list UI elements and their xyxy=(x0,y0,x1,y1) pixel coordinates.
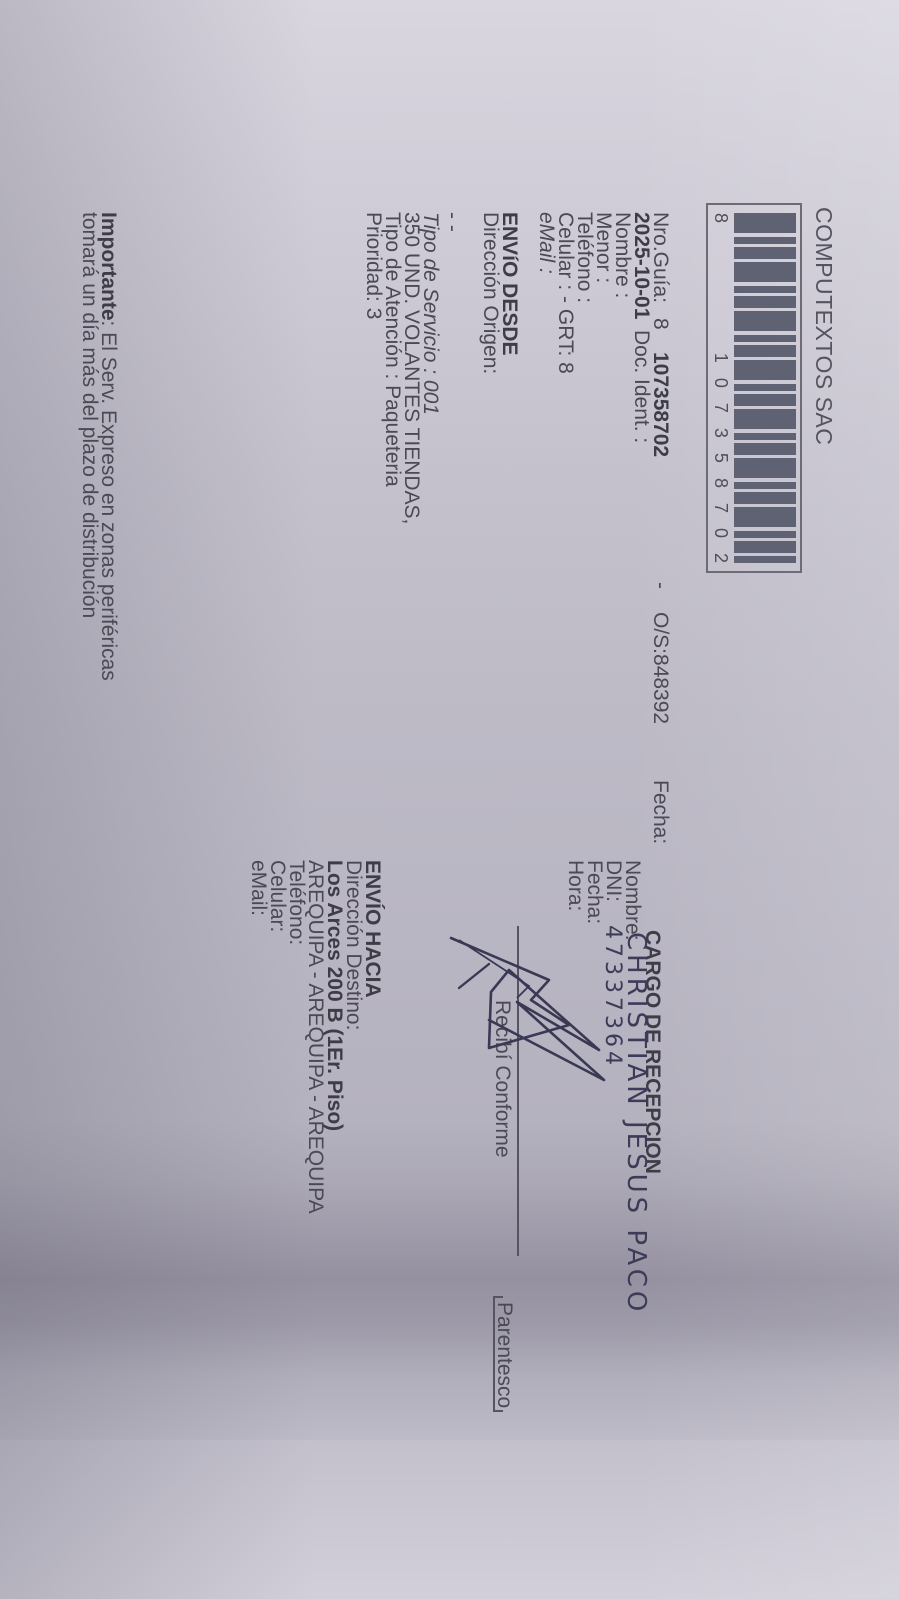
paper-fold-shadow xyxy=(0,1180,899,1440)
importante-note-line2: tomará un día más del plazo de distribuc… xyxy=(78,212,100,618)
receiver-name-handwritten: CHRISTIAN JESUS PACO xyxy=(621,932,651,1315)
order-service-number: O/S:848392 xyxy=(649,612,671,724)
sender-email-label: eMail : xyxy=(535,212,557,274)
barcode: 8 1 0 7 3 5 8 7 0 2 xyxy=(706,203,802,573)
receiver-email-label: eMail: xyxy=(247,860,269,916)
handwritten-signature xyxy=(439,930,609,1190)
guia-prefix: 8 xyxy=(649,318,671,330)
barcode-leading-digit: 8 xyxy=(710,213,731,223)
doc-ident-label: Doc. Ident. : xyxy=(630,330,652,443)
company-name: COMPUTEXTOS SAC xyxy=(813,207,835,445)
barcode-bars xyxy=(734,213,796,563)
shipping-receipt: COMPUTEXTOS SAC 8 1 0 7 3 5 8 7 0 2 xyxy=(0,0,899,1599)
direccion-origen-label: Dirección Origen: xyxy=(479,212,501,374)
barcode-number: 1 0 7 3 5 8 7 0 2 xyxy=(710,353,731,563)
fecha-label: Fecha: xyxy=(649,780,671,844)
receiver-hora-label: Hora: xyxy=(564,860,586,911)
guia-separator: - xyxy=(649,582,671,589)
prioridad: Prioridad: 3 xyxy=(362,212,384,319)
photo-frame: COMPUTEXTOS SAC 8 1 0 7 3 5 8 7 0 2 xyxy=(0,0,899,1599)
barcode-digits: 8 1 0 7 3 5 8 7 0 2 xyxy=(710,213,731,563)
parentesco-label: Parentesco xyxy=(493,1302,515,1408)
direccion-origen-value: - - xyxy=(441,212,463,232)
